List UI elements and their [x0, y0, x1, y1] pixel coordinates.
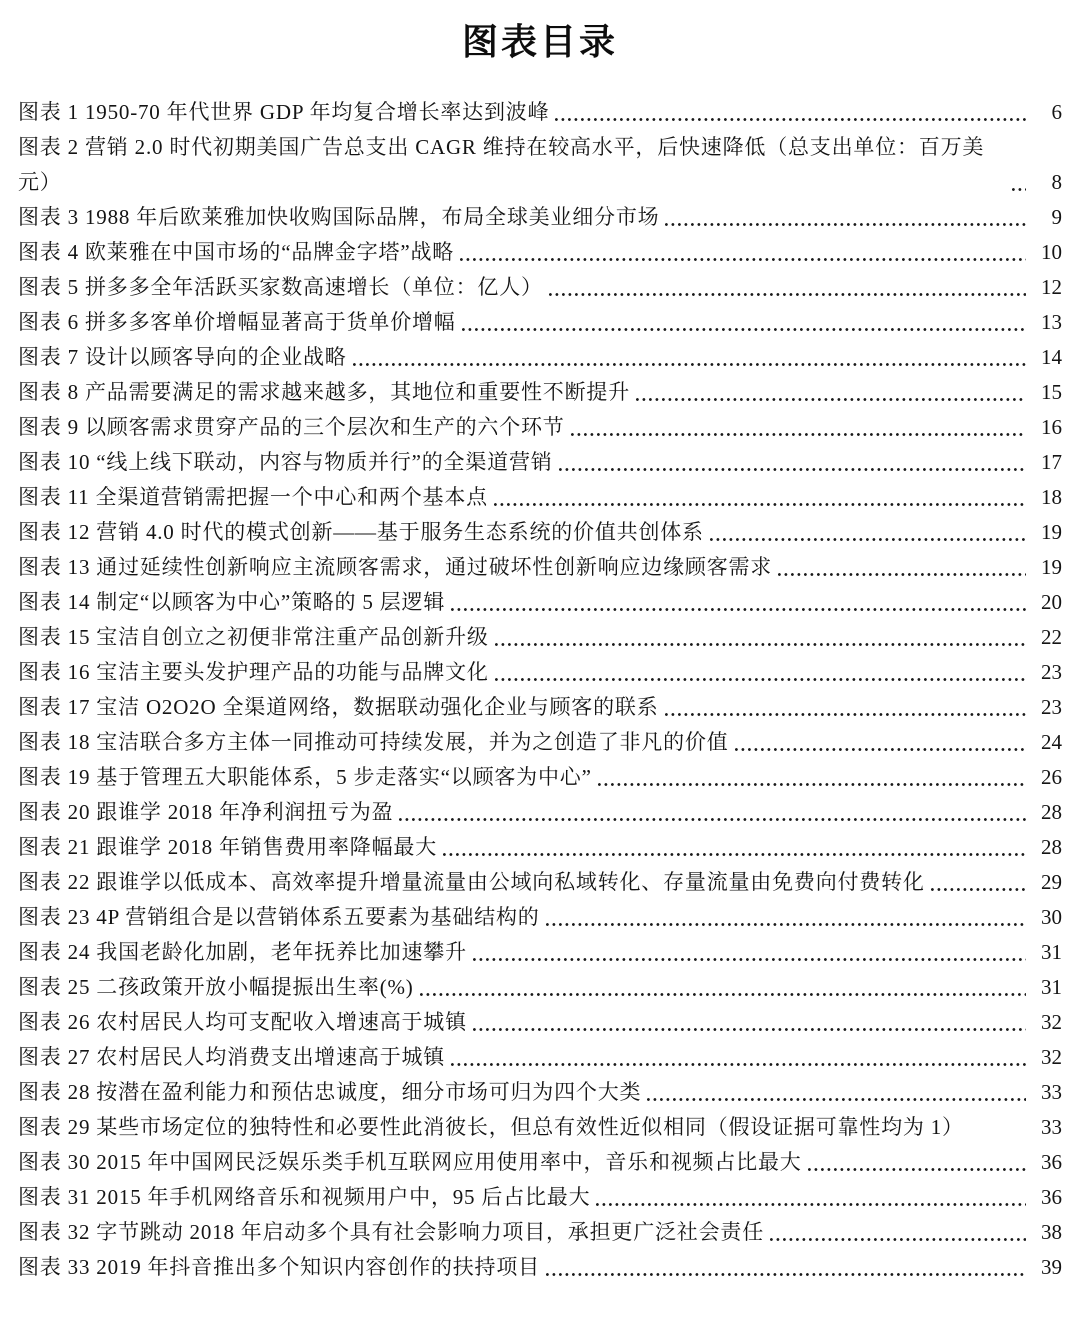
- toc-entry-page: 28: [1030, 795, 1062, 830]
- toc-entry-label: 图表 1 1950-70 年代世界 GDP 年均复合增长率达到波峰: [18, 95, 549, 130]
- toc-entry[interactable]: 图表 3 1988 年后欧莱雅加快收购国际品牌，布局全球美业细分市场 9: [18, 200, 1062, 235]
- toc-entry-label: 图表 4 欧莱雅在中国市场的“品牌金字塔”战略: [18, 235, 454, 270]
- toc-entry-page: 19: [1030, 515, 1062, 550]
- dot-leader: [462, 328, 1026, 331]
- toc-entry[interactable]: 图表 29 某些市场定位的独特性和必要性此消彼长，但总有效性近似相同（假设证据可…: [18, 1110, 1062, 1145]
- toc-entry-page: 38: [1030, 1215, 1062, 1250]
- toc-entry-label: 图表 3 1988 年后欧莱雅加快收购国际品牌，布局全球美业细分市场: [18, 200, 659, 235]
- toc-entry[interactable]: 图表 9 以顾客需求贯穿产品的三个层次和生产的六个环节 16: [18, 410, 1062, 445]
- toc-entry[interactable]: 图表 16 宝洁主要头发护理产品的功能与品牌文化 23: [18, 655, 1062, 690]
- toc-entry-page: 20: [1030, 585, 1062, 620]
- toc-entry-page: 8: [1030, 165, 1062, 200]
- toc-entry-label: 图表 15 宝洁自创立之初便非常注重产品创新升级: [18, 620, 489, 655]
- toc-entry-page: 22: [1030, 620, 1062, 655]
- dot-leader: [571, 433, 1026, 436]
- toc-entry-label: 图表 28 按潜在盈利能力和预估忠诚度，细分市场可归为四个大类: [18, 1075, 641, 1110]
- toc-entry-page: 18: [1030, 480, 1062, 515]
- dot-leader: [495, 643, 1026, 646]
- dot-leader: [494, 503, 1026, 506]
- toc-entry-label: 图表 6 拼多多客单价增幅显著高于货单价增幅: [18, 305, 456, 340]
- toc-entry-label: 图表 29 某些市场定位的独特性和必要性此消彼长，但总有效性近似相同（假设证据可…: [18, 1110, 964, 1145]
- toc-entry-page: 12: [1030, 270, 1062, 305]
- toc-entry-page: 14: [1030, 340, 1062, 375]
- toc-entry-page: 30: [1030, 900, 1062, 935]
- toc-entry-label: 图表 9 以顾客需求贯穿产品的三个层次和生产的六个环节: [18, 410, 565, 445]
- dot-leader: [931, 888, 1026, 891]
- toc-entry-page: 39: [1030, 1250, 1062, 1285]
- dot-leader: [735, 748, 1027, 751]
- toc-entry-page: 9: [1030, 200, 1062, 235]
- dot-leader: [473, 958, 1026, 961]
- dot-leader: [598, 783, 1026, 786]
- dot-leader: [778, 573, 1026, 576]
- toc-entry-page: 16: [1030, 410, 1062, 445]
- toc-entry[interactable]: 图表 7 设计以顾客导向的企业战略 14: [18, 340, 1062, 375]
- toc-entry-page: 23: [1030, 655, 1062, 690]
- toc-entry-label: 图表 24 我国老龄化加剧，老年抚养比加速攀升: [18, 935, 467, 970]
- toc-entry-label: 图表 21 跟谁学 2018 年销售费用率降幅最大: [18, 830, 437, 865]
- toc-entry-label: 图表 19 基于管理五大职能体系，5 步走落实“以顾客为中心”: [18, 760, 592, 795]
- dot-leader: [549, 293, 1026, 296]
- toc-entry[interactable]: 图表 22 跟谁学以低成本、高效率提升增量流量由公域向私域转化、存量流量由免费向…: [18, 865, 1062, 900]
- toc-entry[interactable]: 图表 23 4P 营销组合是以营销体系五要素为基础结构的 30: [18, 900, 1062, 935]
- dot-leader: [555, 118, 1026, 121]
- dot-leader: [636, 398, 1026, 401]
- toc-entry[interactable]: 图表 12 营销 4.0 时代的模式创新——基于服务生态系统的价值共创体系 19: [18, 515, 1062, 550]
- toc-entry-label: 图表 23 4P 营销组合是以营销体系五要素为基础结构的: [18, 900, 540, 935]
- toc-entry-label: 图表 30 2015 年中国网民泛娱乐类手机互联网应用使用率中，音乐和视频占比最…: [18, 1145, 802, 1180]
- toc-entry-label: 图表 13 通过延续性创新响应主流顾客需求，通过破坏性创新响应边缘顾客需求: [18, 550, 772, 585]
- toc-entry-page: 13: [1030, 305, 1062, 340]
- toc-entry-label: 图表 5 拼多多全年活跃买家数高速增长（单位：亿人）: [18, 270, 543, 305]
- toc-entry[interactable]: 图表 33 2019 年抖音推出多个知识内容创作的扶持项目 39: [18, 1250, 1062, 1285]
- dot-leader: [546, 1273, 1026, 1276]
- toc-entry-label: 图表 7 设计以顾客导向的企业战略: [18, 340, 347, 375]
- toc-page: 图表目录 图表 1 1950-70 年代世界 GDP 年均复合增长率达到波峰 6…: [0, 0, 1080, 1333]
- toc-entry-page: 26: [1030, 760, 1062, 795]
- toc-entry-label: 图表 32 字节跳动 2018 年启动多个具有社会影响力项目，承担更广泛社会责任: [18, 1215, 764, 1250]
- toc-entry-page: 31: [1030, 935, 1062, 970]
- toc-entry-page: 15: [1030, 375, 1062, 410]
- toc-entry[interactable]: 图表 26 农村居民人均可支配收入增速高于城镇 32: [18, 1005, 1062, 1040]
- toc-entry[interactable]: 图表 14 制定“以顾客为中心”策略的 5 层逻辑 20: [18, 585, 1062, 620]
- toc-entry-page: 36: [1030, 1180, 1062, 1215]
- toc-entry[interactable]: 图表 2 营销 2.0 时代初期美国广告总支出 CAGR 维持在较高水平，后快速…: [18, 130, 1062, 200]
- toc-entry[interactable]: 图表 17 宝洁 O2O2O 全渠道网络，数据联动强化企业与顾客的联系 23: [18, 690, 1062, 725]
- toc-entry[interactable]: 图表 30 2015 年中国网民泛娱乐类手机互联网应用使用率中，音乐和视频占比最…: [18, 1145, 1062, 1180]
- dot-leader: [546, 923, 1026, 926]
- toc-entry[interactable]: 图表 19 基于管理五大职能体系，5 步走落实“以顾客为中心” 26: [18, 760, 1062, 795]
- toc-entry-label: 图表 16 宝洁主要头发护理产品的功能与品牌文化: [18, 655, 489, 690]
- toc-entry-page: 23: [1030, 690, 1062, 725]
- dot-leader: [770, 1238, 1026, 1241]
- toc-entry-page: 10: [1030, 235, 1062, 270]
- dot-leader: [353, 363, 1026, 366]
- toc-entry-label: 图表 20 跟谁学 2018 年净利润扭亏为盈: [18, 795, 393, 830]
- toc-entry-page: 33: [1030, 1110, 1062, 1145]
- dot-leader: [665, 713, 1027, 716]
- toc-entry-page: 6: [1030, 95, 1062, 130]
- dot-leader: [443, 853, 1026, 856]
- toc-entry[interactable]: 图表 20 跟谁学 2018 年净利润扭亏为盈 28: [18, 795, 1062, 830]
- dot-leader: [970, 1133, 1026, 1136]
- toc-entry-page: 17: [1030, 445, 1062, 480]
- dot-leader: [451, 1063, 1026, 1066]
- toc-entry[interactable]: 图表 32 字节跳动 2018 年启动多个具有社会影响力项目，承担更广泛社会责任…: [18, 1215, 1062, 1250]
- toc-entry-page: 19: [1030, 550, 1062, 585]
- toc-entry[interactable]: 图表 31 2015 年手机网络音乐和视频用户中，95 后占比最大 36: [18, 1180, 1062, 1215]
- dot-leader: [399, 818, 1026, 821]
- dot-leader: [665, 223, 1026, 226]
- toc-entry-label: 图表 33 2019 年抖音推出多个知识内容创作的扶持项目: [18, 1250, 540, 1285]
- toc-entry-label: 图表 2 营销 2.0 时代初期美国广告总支出 CAGR 维持在较高水平，后快速…: [18, 130, 1006, 200]
- toc-entry-page: 32: [1030, 1005, 1062, 1040]
- toc-entry-label: 图表 17 宝洁 O2O2O 全渠道网络，数据联动强化企业与顾客的联系: [18, 690, 659, 725]
- toc-entry-label: 图表 27 农村居民人均消费支出增速高于城镇: [18, 1040, 445, 1075]
- toc-entry-label: 图表 11 全渠道营销需把握一个中心和两个基本点: [18, 480, 488, 515]
- dot-leader: [1012, 188, 1026, 191]
- dot-leader: [451, 608, 1026, 611]
- toc-entry[interactable]: 图表 15 宝洁自创立之初便非常注重产品创新升级 22: [18, 620, 1062, 655]
- toc-entry[interactable]: 图表 13 通过延续性创新响应主流顾客需求，通过破坏性创新响应边缘顾客需求 19: [18, 550, 1062, 585]
- toc-entry-label: 图表 18 宝洁联合多方主体一同推动可持续发展，并为之创造了非凡的价值: [18, 725, 729, 760]
- toc-entry[interactable]: 图表 5 拼多多全年活跃买家数高速增长（单位：亿人） 12: [18, 270, 1062, 305]
- dot-leader: [559, 468, 1026, 471]
- toc-entry[interactable]: 图表 11 全渠道营销需把握一个中心和两个基本点 18: [18, 480, 1062, 515]
- toc-entry[interactable]: 图表 6 拼多多客单价增幅显著高于货单价增幅 13: [18, 305, 1062, 340]
- page-title: 图表目录: [18, 14, 1062, 65]
- dot-leader: [710, 538, 1026, 541]
- toc-entry-label: 图表 12 营销 4.0 时代的模式创新——基于服务生态系统的价值共创体系: [18, 515, 704, 550]
- toc-entry-label: 图表 22 跟谁学以低成本、高效率提升增量流量由公域向私域转化、存量流量由免费向…: [18, 865, 925, 900]
- toc-entry-page: 24: [1030, 725, 1062, 760]
- dot-leader: [596, 1203, 1026, 1206]
- dot-leader: [473, 1028, 1026, 1031]
- toc-entry[interactable]: 图表 10 “线上线下联动，内容与物质并行”的全渠道营销 17: [18, 445, 1062, 480]
- dot-leader: [495, 678, 1026, 681]
- toc-entry-page: 36: [1030, 1145, 1062, 1180]
- toc-entry[interactable]: 图表 4 欧莱雅在中国市场的“品牌金字塔”战略 10: [18, 235, 1062, 270]
- toc-entry[interactable]: 图表 28 按潜在盈利能力和预估忠诚度，细分市场可归为四个大类 33: [18, 1075, 1062, 1110]
- toc-entry-label: 图表 14 制定“以顾客为中心”策略的 5 层逻辑: [18, 585, 445, 620]
- toc-entry-page: 33: [1030, 1075, 1062, 1110]
- toc-entry[interactable]: 图表 1 1950-70 年代世界 GDP 年均复合增长率达到波峰 6: [18, 95, 1062, 130]
- toc-entry-page: 31: [1030, 970, 1062, 1005]
- toc-entry-label: 图表 26 农村居民人均可支配收入增速高于城镇: [18, 1005, 467, 1040]
- dot-leader: [647, 1098, 1026, 1101]
- toc-entry[interactable]: 图表 18 宝洁联合多方主体一同推动可持续发展，并为之创造了非凡的价值 24: [18, 725, 1062, 760]
- toc-entry-label: 图表 31 2015 年手机网络音乐和视频用户中，95 后占比最大: [18, 1180, 590, 1215]
- toc-entry-page: 28: [1030, 830, 1062, 865]
- toc-entry[interactable]: 图表 27 农村居民人均消费支出增速高于城镇 32: [18, 1040, 1062, 1075]
- dot-leader: [420, 993, 1026, 996]
- toc-entry-label: 图表 10 “线上线下联动，内容与物质并行”的全渠道营销: [18, 445, 553, 480]
- toc-entry[interactable]: 图表 25 二孩政策开放小幅提振出生率(%) 31: [18, 970, 1062, 1005]
- toc-entry-page: 29: [1030, 865, 1062, 900]
- toc-entry[interactable]: 图表 24 我国老龄化加剧，老年抚养比加速攀升 31: [18, 935, 1062, 970]
- toc-entry-label: 图表 25 二孩政策开放小幅提振出生率(%): [18, 970, 414, 1005]
- dot-leader: [808, 1168, 1026, 1171]
- toc-list: 图表 1 1950-70 年代世界 GDP 年均复合增长率达到波峰 6 图表 2…: [18, 95, 1062, 1285]
- toc-entry-label: 图表 8 产品需要满足的需求越来越多，其地位和重要性不断提升: [18, 375, 630, 410]
- dot-leader: [460, 258, 1026, 261]
- toc-entry-page: 32: [1030, 1040, 1062, 1075]
- toc-entry[interactable]: 图表 21 跟谁学 2018 年销售费用率降幅最大 28: [18, 830, 1062, 865]
- toc-entry[interactable]: 图表 8 产品需要满足的需求越来越多，其地位和重要性不断提升 15: [18, 375, 1062, 410]
